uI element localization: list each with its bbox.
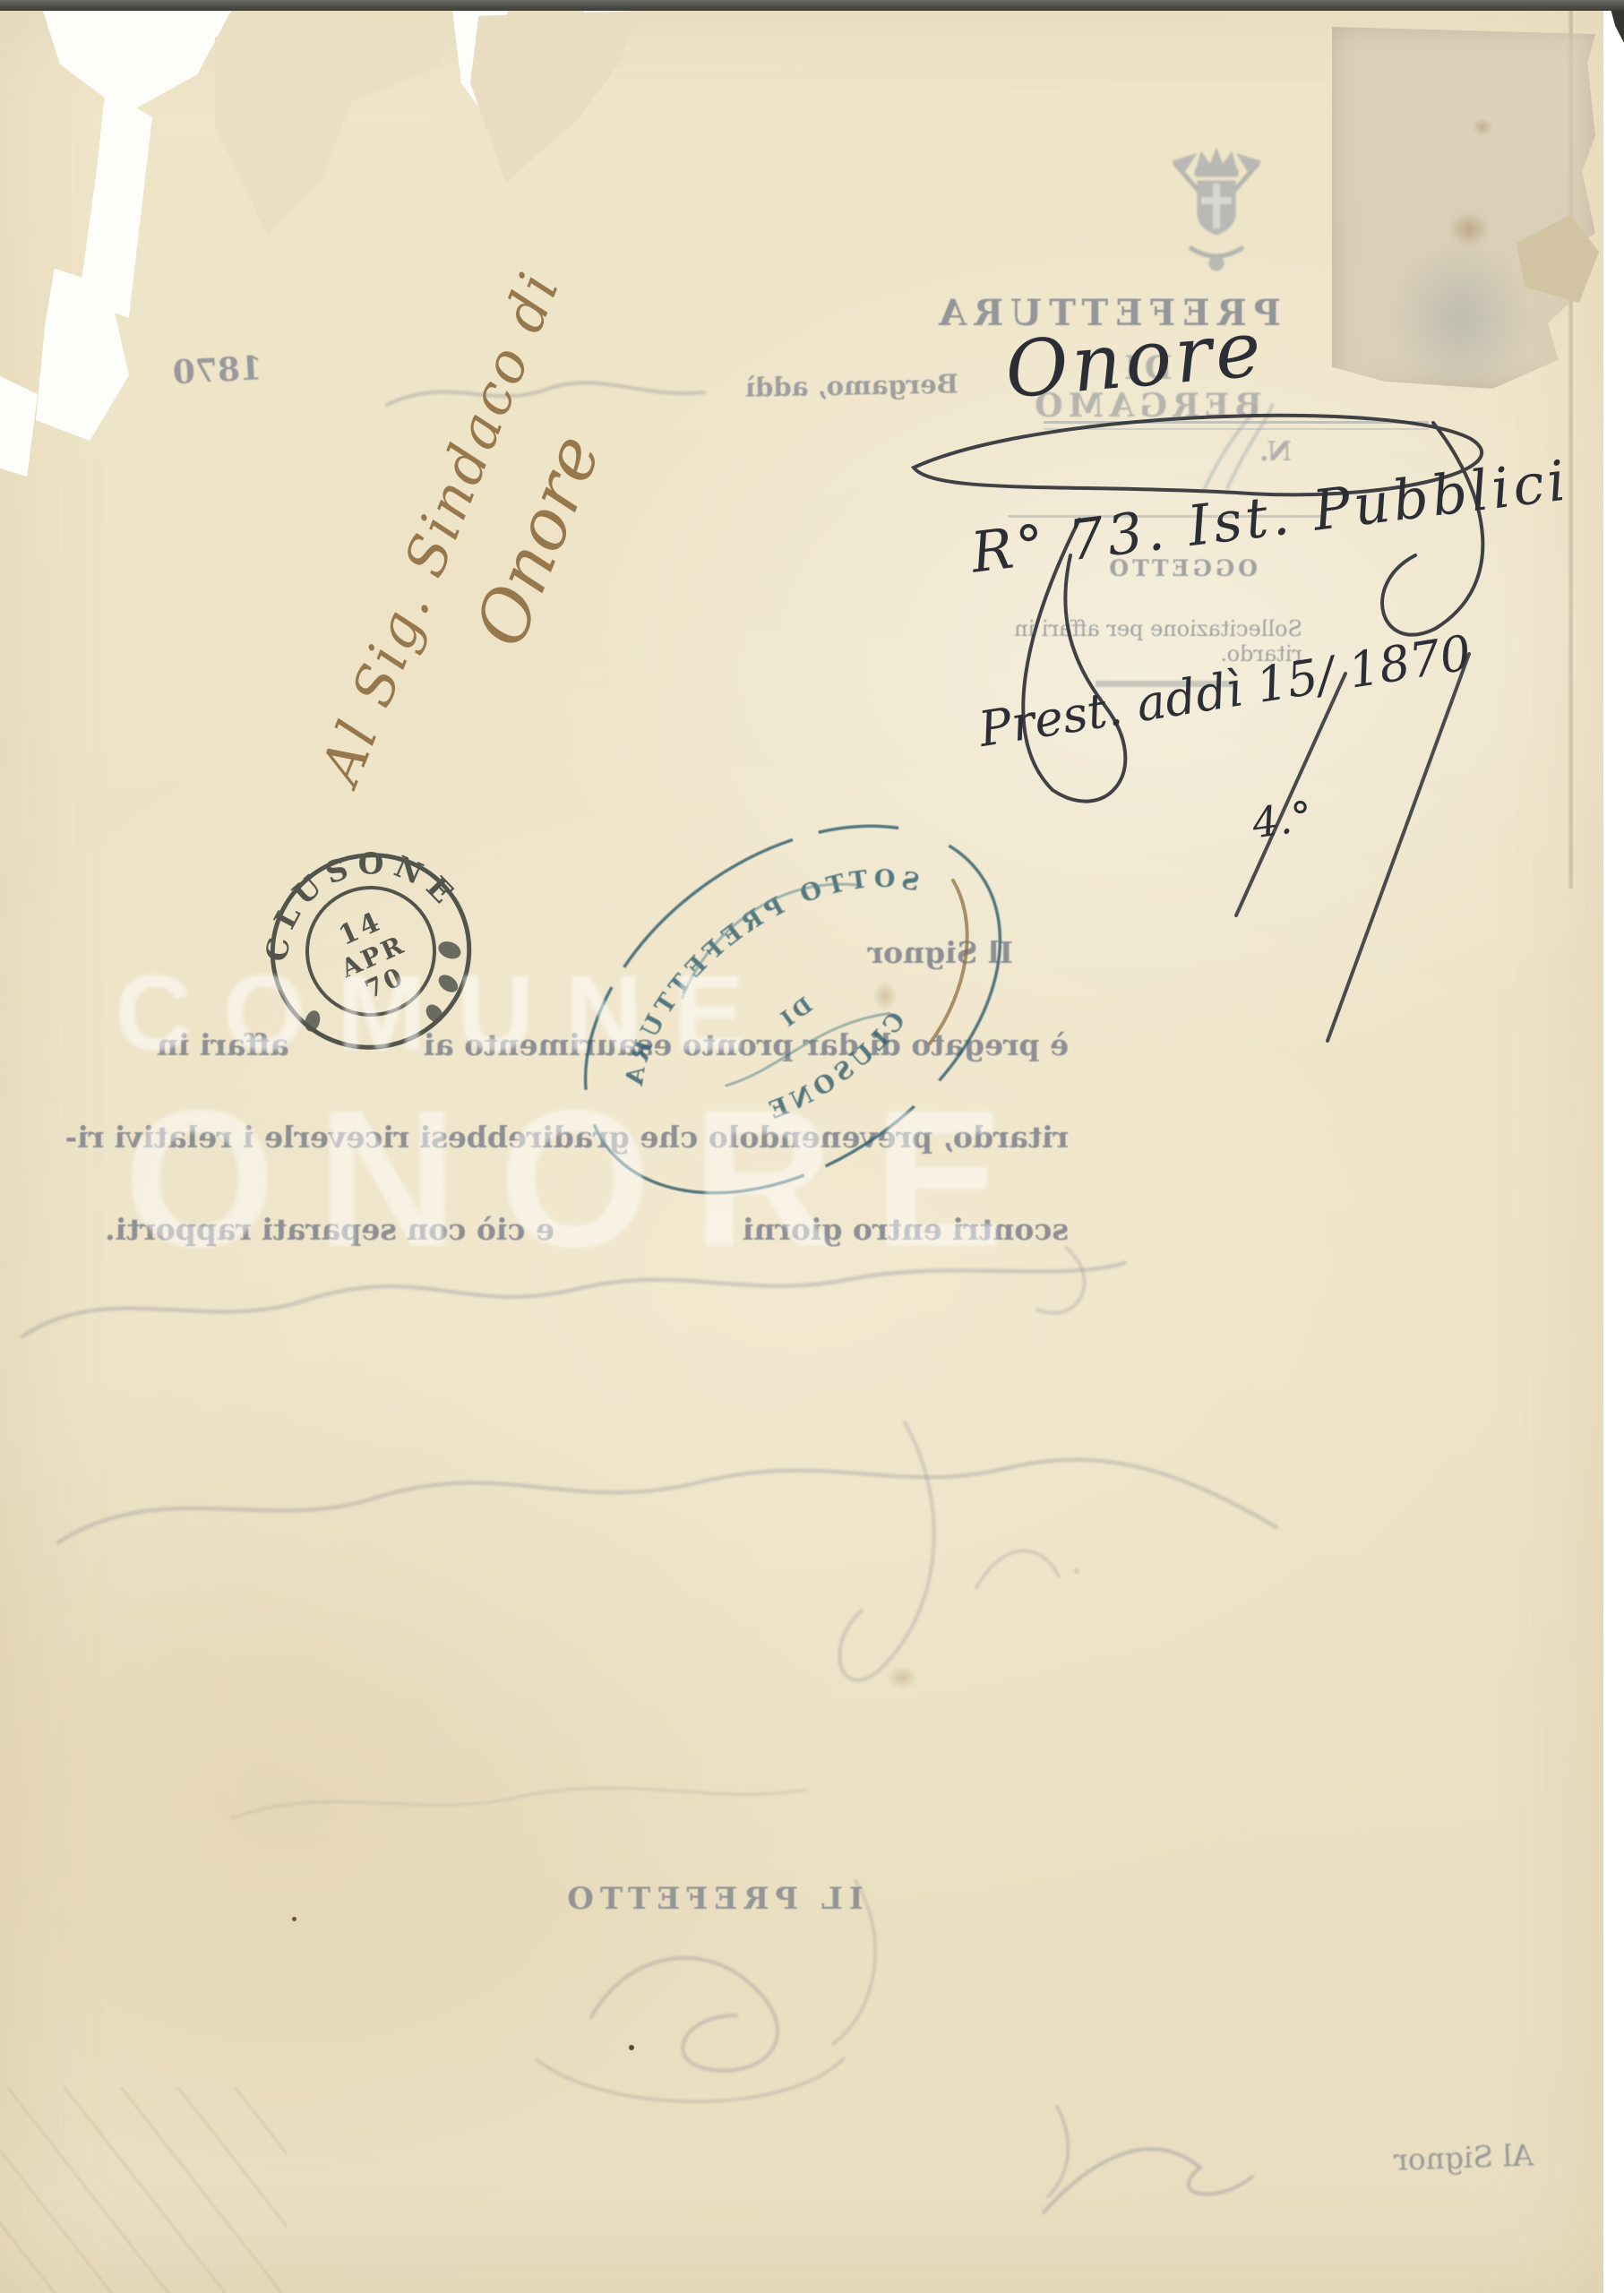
ghost-signature-flourish <box>591 1958 778 2071</box>
ghost-signature-tail <box>833 1881 875 2044</box>
slash-stroke <box>1328 654 1469 1041</box>
scanned-document: PREFETTURA DI BERGAMO Bergamo, addì 1870… <box>0 0 1624 2293</box>
ghost-bottom-script <box>1044 2149 1252 2212</box>
date-slashes <box>1120 618 1496 1048</box>
scanner-edge-top <box>0 0 1624 11</box>
ghost-signature-oval <box>537 2058 844 2101</box>
address-diagonal: Al Sig. Sindaco di Onore <box>31 107 945 985</box>
oval-stamp-middle: DI <box>773 992 817 1034</box>
ghost-script-descender <box>839 1422 933 1680</box>
address-tail-stroke <box>914 873 1003 1052</box>
ghost-script-line-c <box>233 1788 806 1818</box>
ghost-bottom-script2 <box>1048 2107 1068 2196</box>
ghost-script-dot <box>1074 1568 1079 1574</box>
watermark-line2: ONORE <box>124 1068 1045 1292</box>
watermark-line1: COMUNE <box>115 951 775 1075</box>
ghost-script-initials <box>976 1550 1059 1587</box>
slash-stroke <box>1236 674 1345 915</box>
ghost-script-line-b <box>58 1460 1276 1542</box>
